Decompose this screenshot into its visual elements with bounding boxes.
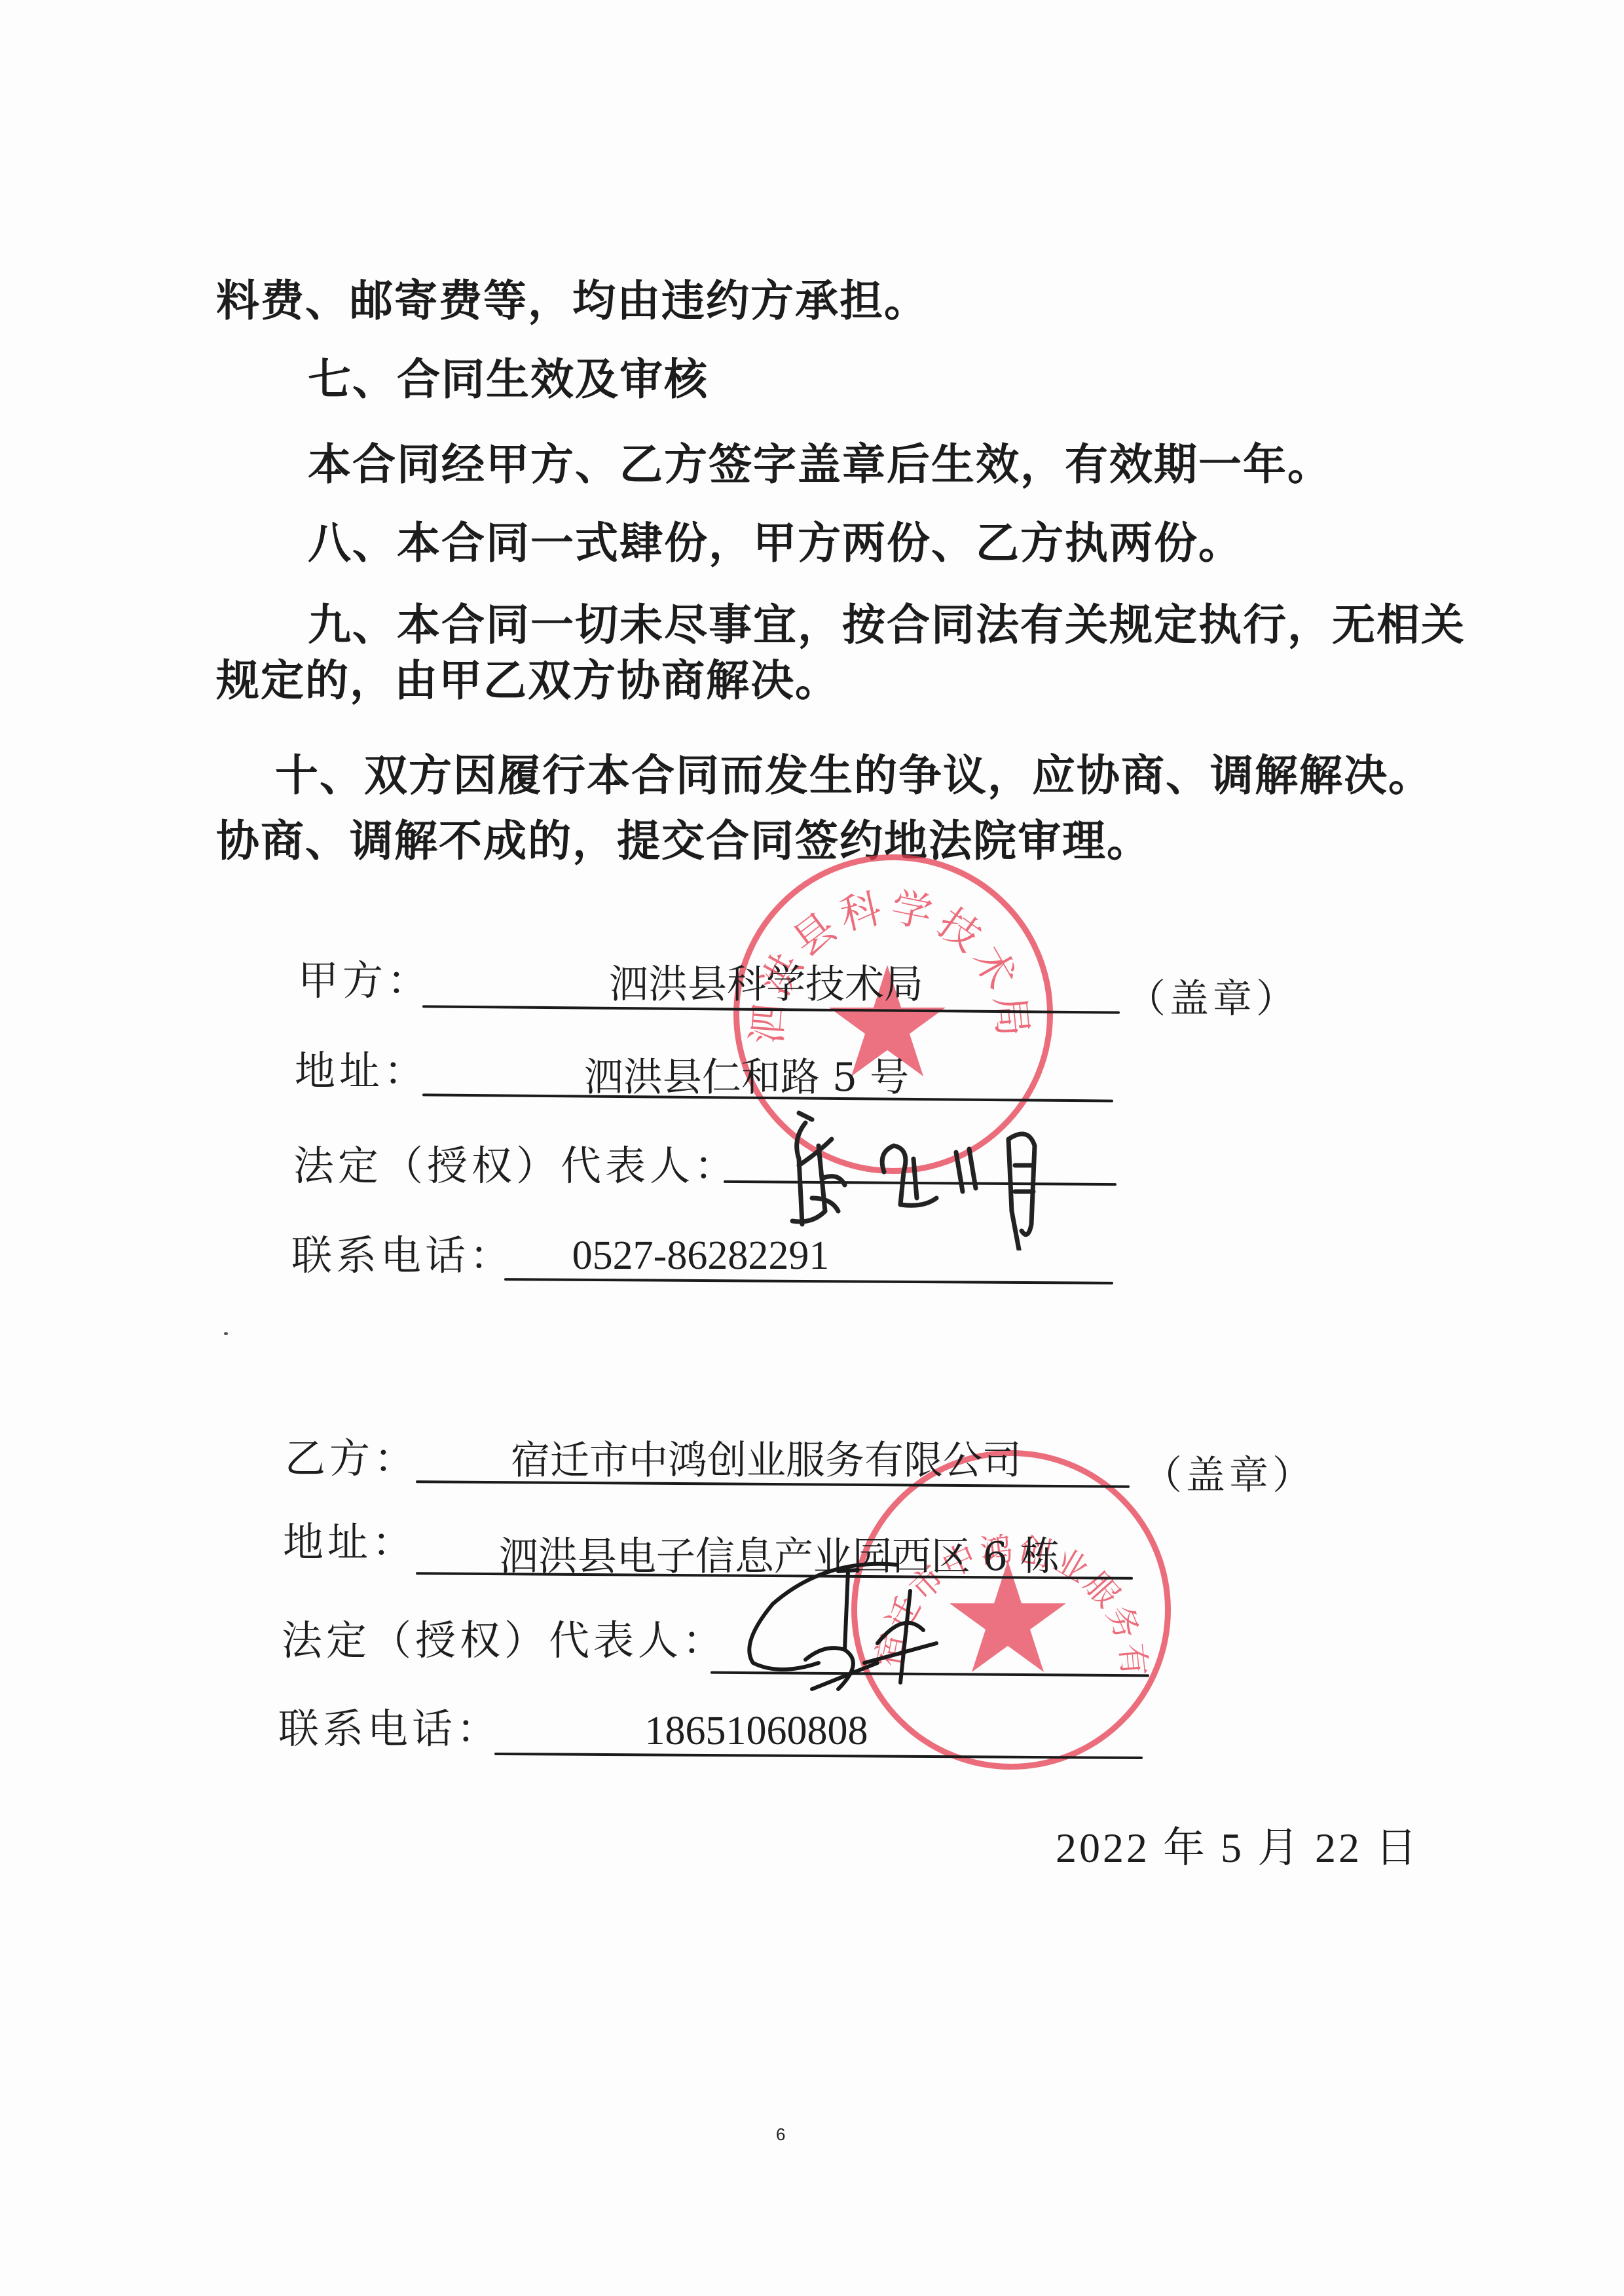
party-a-phone: 0527-86282291 <box>498 1232 904 1279</box>
clause-10-line-1: 十、双方因履行本合同而发生的争议，应协商、调解解决。 <box>275 750 1433 802</box>
clause-10-line-2: 协商、调解不成的，提交合同签约地法院审理。 <box>216 815 1151 867</box>
party-a-name: 泗洪县科学技术局 <box>419 961 1113 1008</box>
party-a-representative-underline <box>724 1180 1116 1186</box>
party-a-address-label: 地址： <box>295 1048 428 1095</box>
party-a-official-seal: 泗洪县科学技术局 <box>733 854 1053 1174</box>
party-a-handwritten-signature <box>773 1100 1139 1250</box>
party-a-seal-note: （盖章） <box>1126 975 1299 1023</box>
party-a-label: 甲方： <box>298 957 432 1004</box>
clause-9-line-2: 规定的，由甲乙双方协商解决。 <box>216 655 840 707</box>
clause-6-continuation: 料费、邮寄费等，均由违约方承担。 <box>216 275 929 327</box>
clause-7-heading: 七、合同生效及审核 <box>308 354 709 406</box>
party-b-representative-label: 法定（授权）代表人： <box>282 1617 727 1664</box>
signing-date: 2022 年 5 月 22 日 <box>1056 1823 1420 1873</box>
party-b-address-label: 地址： <box>283 1519 416 1566</box>
scan-artifact <box>224 1332 228 1335</box>
party-b-phone-label: 联系电话： <box>278 1705 501 1753</box>
clause-8: 八、本合同一式肆份，甲方两份、乙方执两份。 <box>308 517 1243 570</box>
party-b-phone: 18651060808 <box>576 1707 936 1755</box>
clause-9-line-1: 九、本合同一切未尽事宜，按合同法有关规定执行，无相关 <box>308 599 1466 651</box>
party-b-representative-underline <box>710 1671 1149 1677</box>
party-b-label: 乙方： <box>285 1435 418 1482</box>
party-a-phone-label: 联系电话： <box>291 1232 514 1279</box>
party-b-seal-note: （盖章） <box>1143 1452 1316 1499</box>
party-a-representative-label: 法定（授权）代表人： <box>293 1142 739 1190</box>
page-number: 6 <box>776 2124 785 2145</box>
clause-7-text: 本合同经甲方、乙方签字盖章后生效，有效期一年。 <box>308 439 1332 491</box>
star-icon: 泗洪县科学技术局 <box>739 860 1047 1168</box>
party-b-name: 宿迁市中鸿创业服务有限公司 <box>413 1437 1120 1484</box>
